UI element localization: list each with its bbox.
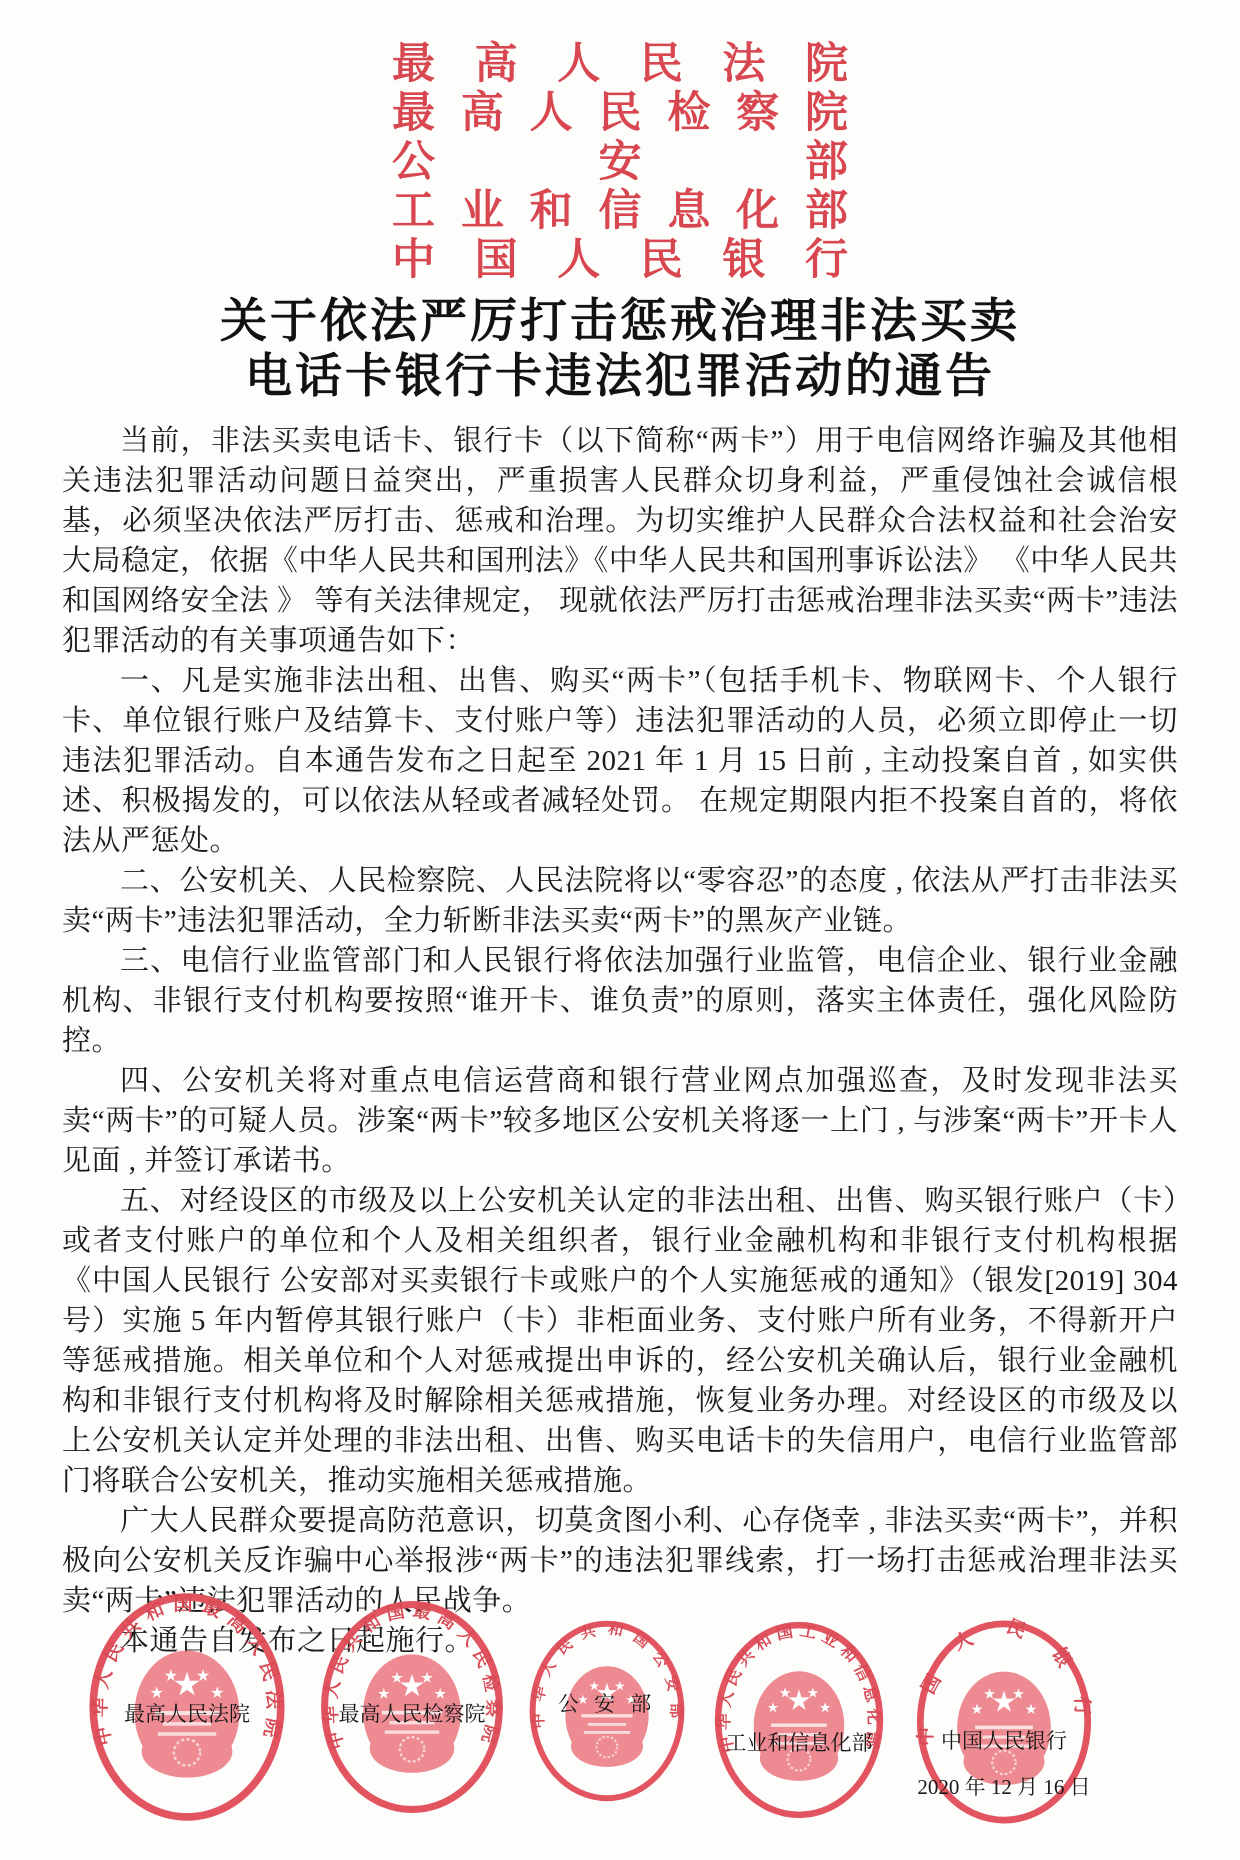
national-emblem-icon xyxy=(754,1671,844,1781)
paragraph-intro: 当前，非法买卖电话卡、银行卡（以下简称“两卡”）用于电信网络诈骗及其他相关违法犯… xyxy=(62,421,1178,661)
official-seal-supreme-court: 中华人民共和国最高人民法院 最高人民法院 xyxy=(86,1590,288,1824)
paragraph-item-1: 一、凡是实施非法出租、出售、购买“两卡”（包括手机卡、物联网卡、个人银行卡、单位… xyxy=(62,661,1178,861)
title-line-2: 电话卡银行卡违法犯罪活动的通告 xyxy=(0,350,1240,405)
paragraph-item-3: 三、电信行业监管部门和人民银行将依法加强行业监管，电信企业、银行业金融机构、非银… xyxy=(62,941,1178,1061)
letterhead-agency-procuratorate: 最高人民检察院 xyxy=(392,89,848,138)
letterhead-agency-public-security: 公安部 xyxy=(392,138,848,187)
document-title: 关于依法严厉打击惩戒治理非法买卖 电话卡银行卡违法犯罪活动的通告 xyxy=(0,295,1240,405)
document-page: 最高人民法院 最高人民检察院 公安部 工业和信息化部 中国人民银行 关于依法严厉… xyxy=(0,0,1240,1860)
official-seal-pboc: 中国人民银行 中国人民银行 2020 年 12 月 16 日 xyxy=(914,1610,1094,1834)
official-seal-procuratorate: 中华人民共和国最高人民检察院 最高人民检察院 xyxy=(318,1590,506,1824)
document-body: 当前，非法买卖电话卡、银行卡（以下简称“两卡”）用于电信网络诈骗及其他相关违法犯… xyxy=(0,421,1240,1661)
seal-caption: 中国人民银行 xyxy=(869,1729,1139,1753)
letterhead: 最高人民法院 最高人民检察院 公安部 工业和信息化部 中国人民银行 xyxy=(0,0,1240,285)
letterhead-agency-miit: 工业和信息化部 xyxy=(392,187,848,236)
paragraph-item-2: 二、公安机关、人民检察院、人民法院将以“零容忍”的态度 , 依法从严打击非法买卖… xyxy=(62,861,1178,941)
title-line-1: 关于依法严厉打击惩戒治理非法买卖 xyxy=(0,295,1240,350)
letterhead-agency-supreme-court: 最高人民法院 xyxy=(392,40,848,89)
national-emblem-icon xyxy=(565,1666,648,1767)
seal-caption: 公 安 部 xyxy=(487,1692,727,1716)
paragraph-item-5: 五、对经设区的市级及以上公安机关认定的非法出租、出售、购买银行账户（卡）或者支付… xyxy=(62,1181,1178,1501)
issue-date: 2020 年 12 月 16 日 xyxy=(860,1771,1148,1801)
paragraph-item-4: 四、公安机关将对重点电信运营商和银行营业网点加强巡查，及时发现非法买卖“两卡”的… xyxy=(62,1061,1178,1181)
letterhead-agency-pboc: 中国人民银行 xyxy=(392,236,848,285)
official-seal-public-security: 中华人民共和国公安部 公 安 部 xyxy=(527,1608,687,1814)
